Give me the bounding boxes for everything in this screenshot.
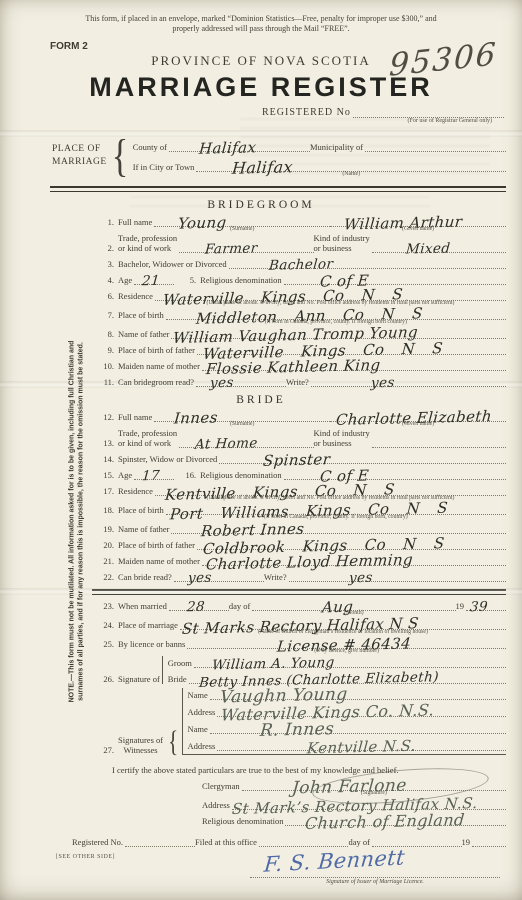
groom-age-field: 21 [134, 273, 174, 285]
groom-residence-field: Waterville Kings Co N S (Usual place of … [155, 289, 506, 301]
row-groom-full-name: 1. Full name Young (Surname) William Art… [92, 215, 506, 227]
footer-year-prefix: 19 [462, 837, 473, 847]
filed-label: Filed at this office [195, 837, 259, 847]
surname-caption: (Surname) [154, 421, 330, 427]
marriage-details-section: 23. When married 28 day of Aug (Month) 1… [92, 599, 506, 755]
bride-trade-label: Trade, profession or kind of work [118, 429, 179, 448]
marriage-year-field: 39 [466, 599, 506, 611]
county-label: County of [133, 142, 169, 152]
office-filing-row: Registered No. Filed at this office day … [72, 835, 506, 847]
row-bride-father: 19. Name of father Robert Innes [92, 522, 506, 534]
bride-read-value: yes [187, 572, 212, 585]
row-bride-birthplace: 18. Place of birth Port Williams Kings C… [92, 503, 506, 515]
given-name-caption: (Given name) [330, 226, 506, 232]
licence-label: By licence or banns [118, 639, 187, 649]
row-groom-father-birthplace: 9. Place of birth of father Waterville K… [92, 343, 506, 355]
witness1-name-value: Vaughn Young [219, 688, 347, 703]
row-groom-father: 8. Name of father William Vaughan Tromp … [92, 327, 506, 339]
groom-signature-row: Groom William A. Young [168, 656, 506, 668]
witness1-name-row: Name Vaughn Young [188, 688, 507, 700]
bride-section: 12. Full name Innes (Surname) Charlotte … [92, 410, 506, 582]
groom-trade-value: Farmer [205, 242, 259, 255]
groom-age-value: 21 [142, 275, 161, 287]
row-bride-mother: 21. Maiden name of mother Charlotte Lloy… [92, 554, 506, 566]
groom-mother-value: Flossie Kathleen King [205, 359, 380, 375]
row-place-of-marriage: 24. Place of marriage St Marks Rectory H… [92, 618, 506, 630]
groom-father-label: Name of father [118, 329, 171, 339]
groom-mother-field: Flossie Kathleen King [202, 359, 506, 371]
bride-birthplace-field: Port Williams Kings Co N S (If born in C… [166, 503, 506, 515]
place-of-marriage-caption: (Name of church or clergyman’s residence… [180, 629, 506, 635]
row-bride-status: 14. Spinster, Widow or Divorced Spinster [92, 452, 506, 464]
mailing-note: This form, if placed in an envelope, mar… [57, 14, 464, 34]
mailing-note-line2: properly addressed will pass through the… [57, 24, 464, 34]
bride-full-name-label: Full name [118, 412, 154, 422]
bride-industry-field [372, 436, 506, 448]
bride-signature-row: Bride Betty Innes (Charlotte Elizabeth) [168, 672, 506, 684]
bride-write-field: yes [289, 570, 506, 582]
witness2-address-label: Address [188, 741, 218, 751]
groom-birthplace-label: Place of birth [118, 310, 166, 320]
row-witnesses: 27. Signatures of Witnesses { Name Vaugh… [92, 688, 506, 755]
witnesses-group: Name Vaughn Young Address Waterville Kin… [182, 688, 507, 755]
row-groom-age-religion: 4. Age 21 5. Religious denomination C of… [92, 273, 506, 285]
groom-read-label: Can bridegroom read? [118, 377, 196, 387]
county-handwritten-value: Halifax [199, 141, 257, 154]
religious-denomination-field: Church of England [285, 814, 506, 826]
bride-mother-label: Maiden name of mother [118, 556, 202, 566]
groom-write-label: Write? [286, 377, 311, 387]
witness2-name-field: R. Innes [210, 722, 506, 734]
groom-sig-label: Groom [168, 658, 194, 668]
witness1-address-label: Address [188, 707, 218, 717]
groom-birthplace-field: Middleton Ann Co N S (If born in Canada,… [166, 308, 506, 320]
see-other-side-note: [SEE OTHER SIDE] [56, 854, 115, 860]
marriage-register-document: NOTE.—This form must not be mutilated. A… [0, 0, 522, 900]
groom-father-field: William Vaughan Tromp Young [171, 327, 506, 339]
bride-father-birthplace-field: Coldbrook Kings Co N S [197, 538, 506, 550]
section-divider [50, 186, 506, 192]
row-licence: 25. By licence or banns License # 46434 … [92, 637, 506, 649]
bride-trade-value: At Home [195, 437, 259, 451]
bride-write-value: yes [348, 572, 373, 585]
groom-age-label: Age [118, 275, 134, 285]
municipality-label: Municipality of [310, 142, 365, 152]
city-field: Halifax (Name) [196, 160, 506, 172]
place-of-marriage-field: St Marks Rectory Halifax N S (Name of ch… [180, 618, 506, 630]
clergyman-label: Clergyman [202, 781, 242, 791]
registered-no-row: REGISTERED No [262, 106, 504, 118]
bride-residence-label: Residence [118, 486, 155, 496]
registered-no-label: REGISTERED No [262, 108, 353, 118]
groom-status-field: Bachelor [229, 257, 506, 269]
brace-glyph: { [111, 136, 128, 176]
groom-trade-field: Farmer [179, 241, 313, 253]
clergyman-field: John Farlone (Signature) [242, 779, 506, 791]
year-prefix: 19 [456, 601, 467, 611]
groom-status-value: Bachelor [268, 258, 333, 272]
row-bride-residence: 17. Residence Kentville Kings Co N S (Us… [92, 484, 506, 496]
witness2-address-field: Kentville N.S. [217, 739, 506, 751]
row-groom-literacy: 11. Can bridegroom read? yes Write? yes [92, 375, 506, 387]
bride-given-name-field: Charlotte Elizabeth (Given name) [330, 410, 506, 422]
filed-field [259, 835, 349, 847]
bleed-through-ghost [130, 196, 430, 214]
groom-status-label: Bachelor, Widower or Divorced [118, 259, 229, 269]
row-bride-trade: 13. Trade, profession or kind of work At… [92, 429, 506, 448]
residence-caption: (Usual place of abode. If in city, stree… [155, 495, 506, 501]
groom-residence-label: Residence [118, 291, 155, 301]
mailing-note-line1: This form, if placed in an envelope, mar… [57, 14, 464, 24]
row-bride-father-birthplace: 20. Place of birth of father Coldbrook K… [92, 538, 506, 550]
bride-industry-label: Kind of industry or business [314, 429, 372, 448]
margin-note-line2: surnames of all parties, and if for any … [77, 282, 86, 762]
bride-father-field: Robert Innes [171, 522, 506, 534]
groom-father-birthplace-label: Place of birth of father [118, 345, 197, 355]
footer-registered-label: Registered No. [72, 837, 125, 847]
bride-age-value: 17 [142, 470, 161, 482]
row-groom-residence: 6. Residence Waterville Kings Co N S (Us… [92, 289, 506, 301]
groom-read-value: yes [210, 377, 235, 390]
bride-status-field: Spinster [219, 452, 506, 464]
margin-note: NOTE.—This form must not be mutilated. A… [69, 282, 86, 762]
brace-glyph: { [168, 729, 178, 755]
bride-sig-label: Bride [168, 674, 189, 684]
clergyman-row: Clergyman John Farlone (Signature) [202, 779, 506, 791]
issuer-signature-block: F. S. Bennett Signature of Issuer of Mar… [250, 849, 500, 885]
witness1-name-field: Vaughn Young [210, 688, 506, 700]
groom-surname-field: Young (Surname) [154, 215, 330, 227]
witnesses-label: Signatures of Witnesses [118, 736, 165, 755]
margin-note-line1: NOTE.—This form must not be mutilated. A… [69, 282, 78, 762]
bridegroom-section: 1. Full name Young (Surname) William Art… [92, 215, 506, 387]
bride-mother-field: Charlotte Lloyd Hemming [202, 554, 506, 566]
bride-age-field: 17 [134, 468, 174, 480]
signatures-group: Groom William A. Young Bride Betty Innes… [162, 656, 506, 684]
bride-status-label: Spinster, Widow or Divorced [118, 454, 219, 464]
licence-caption: (If by licence, give number) [187, 648, 506, 654]
groom-industry-label: Kind of industry or business [314, 234, 372, 253]
place-of-marriage-row-label: Place of marriage [118, 620, 180, 630]
row-bride-full-name: 12. Full name Innes (Surname) Charlotte … [92, 410, 506, 422]
bride-signature-field: Betty Innes (Charlotte Elizabeth) [189, 672, 506, 684]
row-groom-status: 3. Bachelor, Widower or Divorced Bachelo… [92, 257, 506, 269]
groom-religion-field: C of E [284, 273, 506, 285]
county-row: County of Halifax Municipality of [133, 140, 506, 152]
county-field: Halifax [169, 140, 310, 152]
licence-field: License # 46434 (If by licence, give num… [187, 637, 506, 649]
row-signatures: 26. Signature of Groom William A. Young … [92, 656, 506, 684]
bride-read-field: yes [174, 570, 264, 582]
bride-status-value: Spinster [263, 453, 331, 467]
groom-write-field: yes [311, 375, 506, 387]
registered-no-blank [353, 106, 504, 118]
witness1-name-label: Name [188, 690, 210, 700]
groom-given-name-field: William Arthur (Given name) [330, 215, 506, 227]
residence-caption: (Usual place of abode. If in city, stree… [155, 300, 506, 306]
row-groom-trade: 2. Trade, profession or kind of work Far… [92, 234, 506, 253]
groom-industry-value: Mixed [405, 242, 450, 255]
footer-registered-field [125, 835, 195, 847]
groom-trade-label: Trade, profession or kind of work [118, 234, 179, 253]
groom-signature-field: William A. Young [194, 656, 506, 668]
groom-mother-label: Maiden name of mother [118, 361, 202, 371]
issuer-signature-caption: Signature of Issuer of Marriage Licence. [250, 879, 500, 885]
witness2-name-value: R. Innes [259, 723, 334, 737]
city-name-caption: (Name) [196, 171, 506, 177]
religious-denomination-row: Religious denomination Church of England [202, 814, 506, 826]
surname-caption: (Surname) [154, 226, 330, 232]
clergy-block: Clergyman John Farlone (Signature) Addre… [202, 779, 506, 826]
groom-full-name-label: Full name [118, 217, 154, 227]
bride-birthplace-label: Place of birth [118, 505, 166, 515]
religious-denomination-value: Church of England [305, 814, 466, 830]
municipality-field [365, 140, 506, 152]
groom-industry-field: Mixed [372, 241, 506, 253]
bride-surname-field: Innes (Surname) [154, 410, 330, 422]
clergy-address-row: Address St Mark’s Rectory Halifax N.S. [202, 798, 506, 810]
given-name-caption: (Given name) [330, 421, 506, 427]
witness2-name-label: Name [188, 724, 210, 734]
bride-father-birthplace-label: Place of birth of father [118, 540, 197, 550]
bride-residence-field: Kentville Kings Co N S (Usual place of a… [155, 484, 506, 496]
row-groom-birthplace: 7. Place of birth Middleton Ann Co N S (… [92, 308, 506, 320]
place-of-marriage-label: PLACE OF MARRIAGE [52, 143, 107, 169]
witness1-address-row: Address Waterville Kings Co. N.S. [188, 705, 507, 717]
city-label: If in City or Town [133, 162, 197, 172]
bride-father-value: Robert Innes [201, 523, 305, 538]
birthplace-caption: (If born in Canada, province, county. If… [166, 514, 506, 520]
bride-age-label: Age [118, 470, 134, 480]
groom-father-birthplace-field: Waterville Kings Co N S [197, 343, 506, 355]
marriage-day-value: 28 [186, 601, 205, 613]
row-bride-literacy: 22. Can bride read? yes Write? yes [92, 570, 506, 582]
groom-religion-label: Religious denomination [200, 275, 283, 285]
when-married-label: When married [118, 601, 169, 611]
clergy-address-label: Address [202, 800, 232, 810]
bride-trade-field: At Home [179, 436, 313, 448]
marriage-day-field: 28 [169, 599, 229, 611]
row-when-married: 23. When married 28 day of Aug (Month) 1… [92, 599, 506, 611]
groom-read-field: yes [196, 375, 286, 387]
bride-religion-field: C of E [284, 468, 506, 480]
bride-father-label: Name of father [118, 524, 171, 534]
bride-read-label: Can bride read? [118, 572, 174, 582]
witness2-address-row: Address Kentville N.S. [188, 739, 507, 751]
bride-religion-label: Religious denomination [200, 470, 283, 480]
witness1-address-field: Waterville Kings Co. N.S. [217, 705, 506, 717]
witness2-address-value: Kentville N.S. [307, 740, 417, 755]
marriage-month-field: Aug (Month) [252, 599, 455, 611]
day-of-label: day of [229, 601, 252, 611]
issuer-signature-value: F. S. Bennett [263, 845, 406, 877]
footer-day-of-label: day of [348, 837, 371, 847]
footer-day-field [372, 835, 462, 847]
footer-year-field [472, 835, 506, 847]
marriage-year-value: 39 [470, 601, 489, 613]
row-groom-mother: 10. Maiden name of mother Flossie Kathle… [92, 359, 506, 371]
signature-of-label: Signature of [118, 674, 162, 684]
city-row: If in City or Town Halifax (Name) [133, 160, 506, 172]
bride-write-label: Write? [264, 572, 289, 582]
witness2-name-row: Name R. Innes [188, 722, 507, 734]
row-bride-age-religion: 15. Age 17 16. Religious denomination C … [92, 468, 506, 480]
clergy-address-field: St Mark’s Rectory Halifax N.S. [232, 798, 506, 810]
religious-denomination-label: Religious denomination [202, 816, 285, 826]
bride-mother-value: Charlotte Lloyd Hemming [205, 553, 413, 570]
groom-signature-value: William A. Young [211, 656, 335, 671]
groom-write-value: yes [370, 377, 395, 390]
